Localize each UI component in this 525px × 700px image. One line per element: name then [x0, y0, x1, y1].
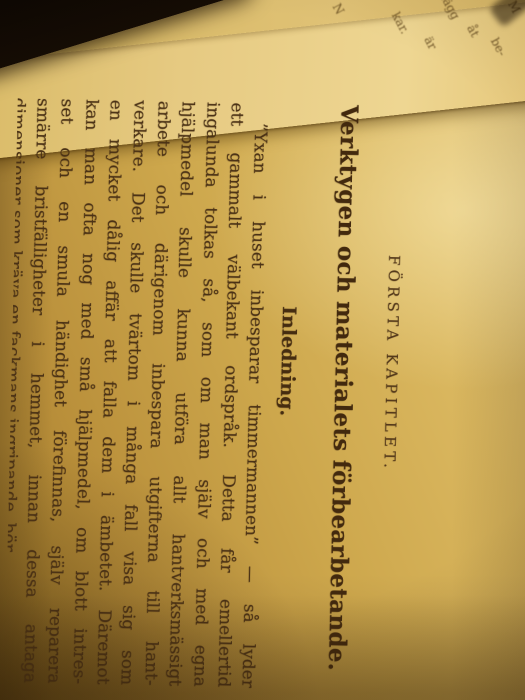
page-title: Verktygen och materialets förbearbetande…	[321, 105, 362, 690]
page-content: FÖRSTA KAPITLET. Verktygen och materiale…	[4, 0, 525, 700]
section-heading: Inledning.	[269, 103, 304, 688]
book-photo: Nläggkar.äråtbe-M FÖRSTA KAPITLET. Verkt…	[0, 0, 525, 700]
body-text: ”Yxan i huset inbesparar timmermannen” —…	[4, 97, 272, 688]
chapter-heading: FÖRSTA KAPITLET.	[375, 106, 406, 691]
